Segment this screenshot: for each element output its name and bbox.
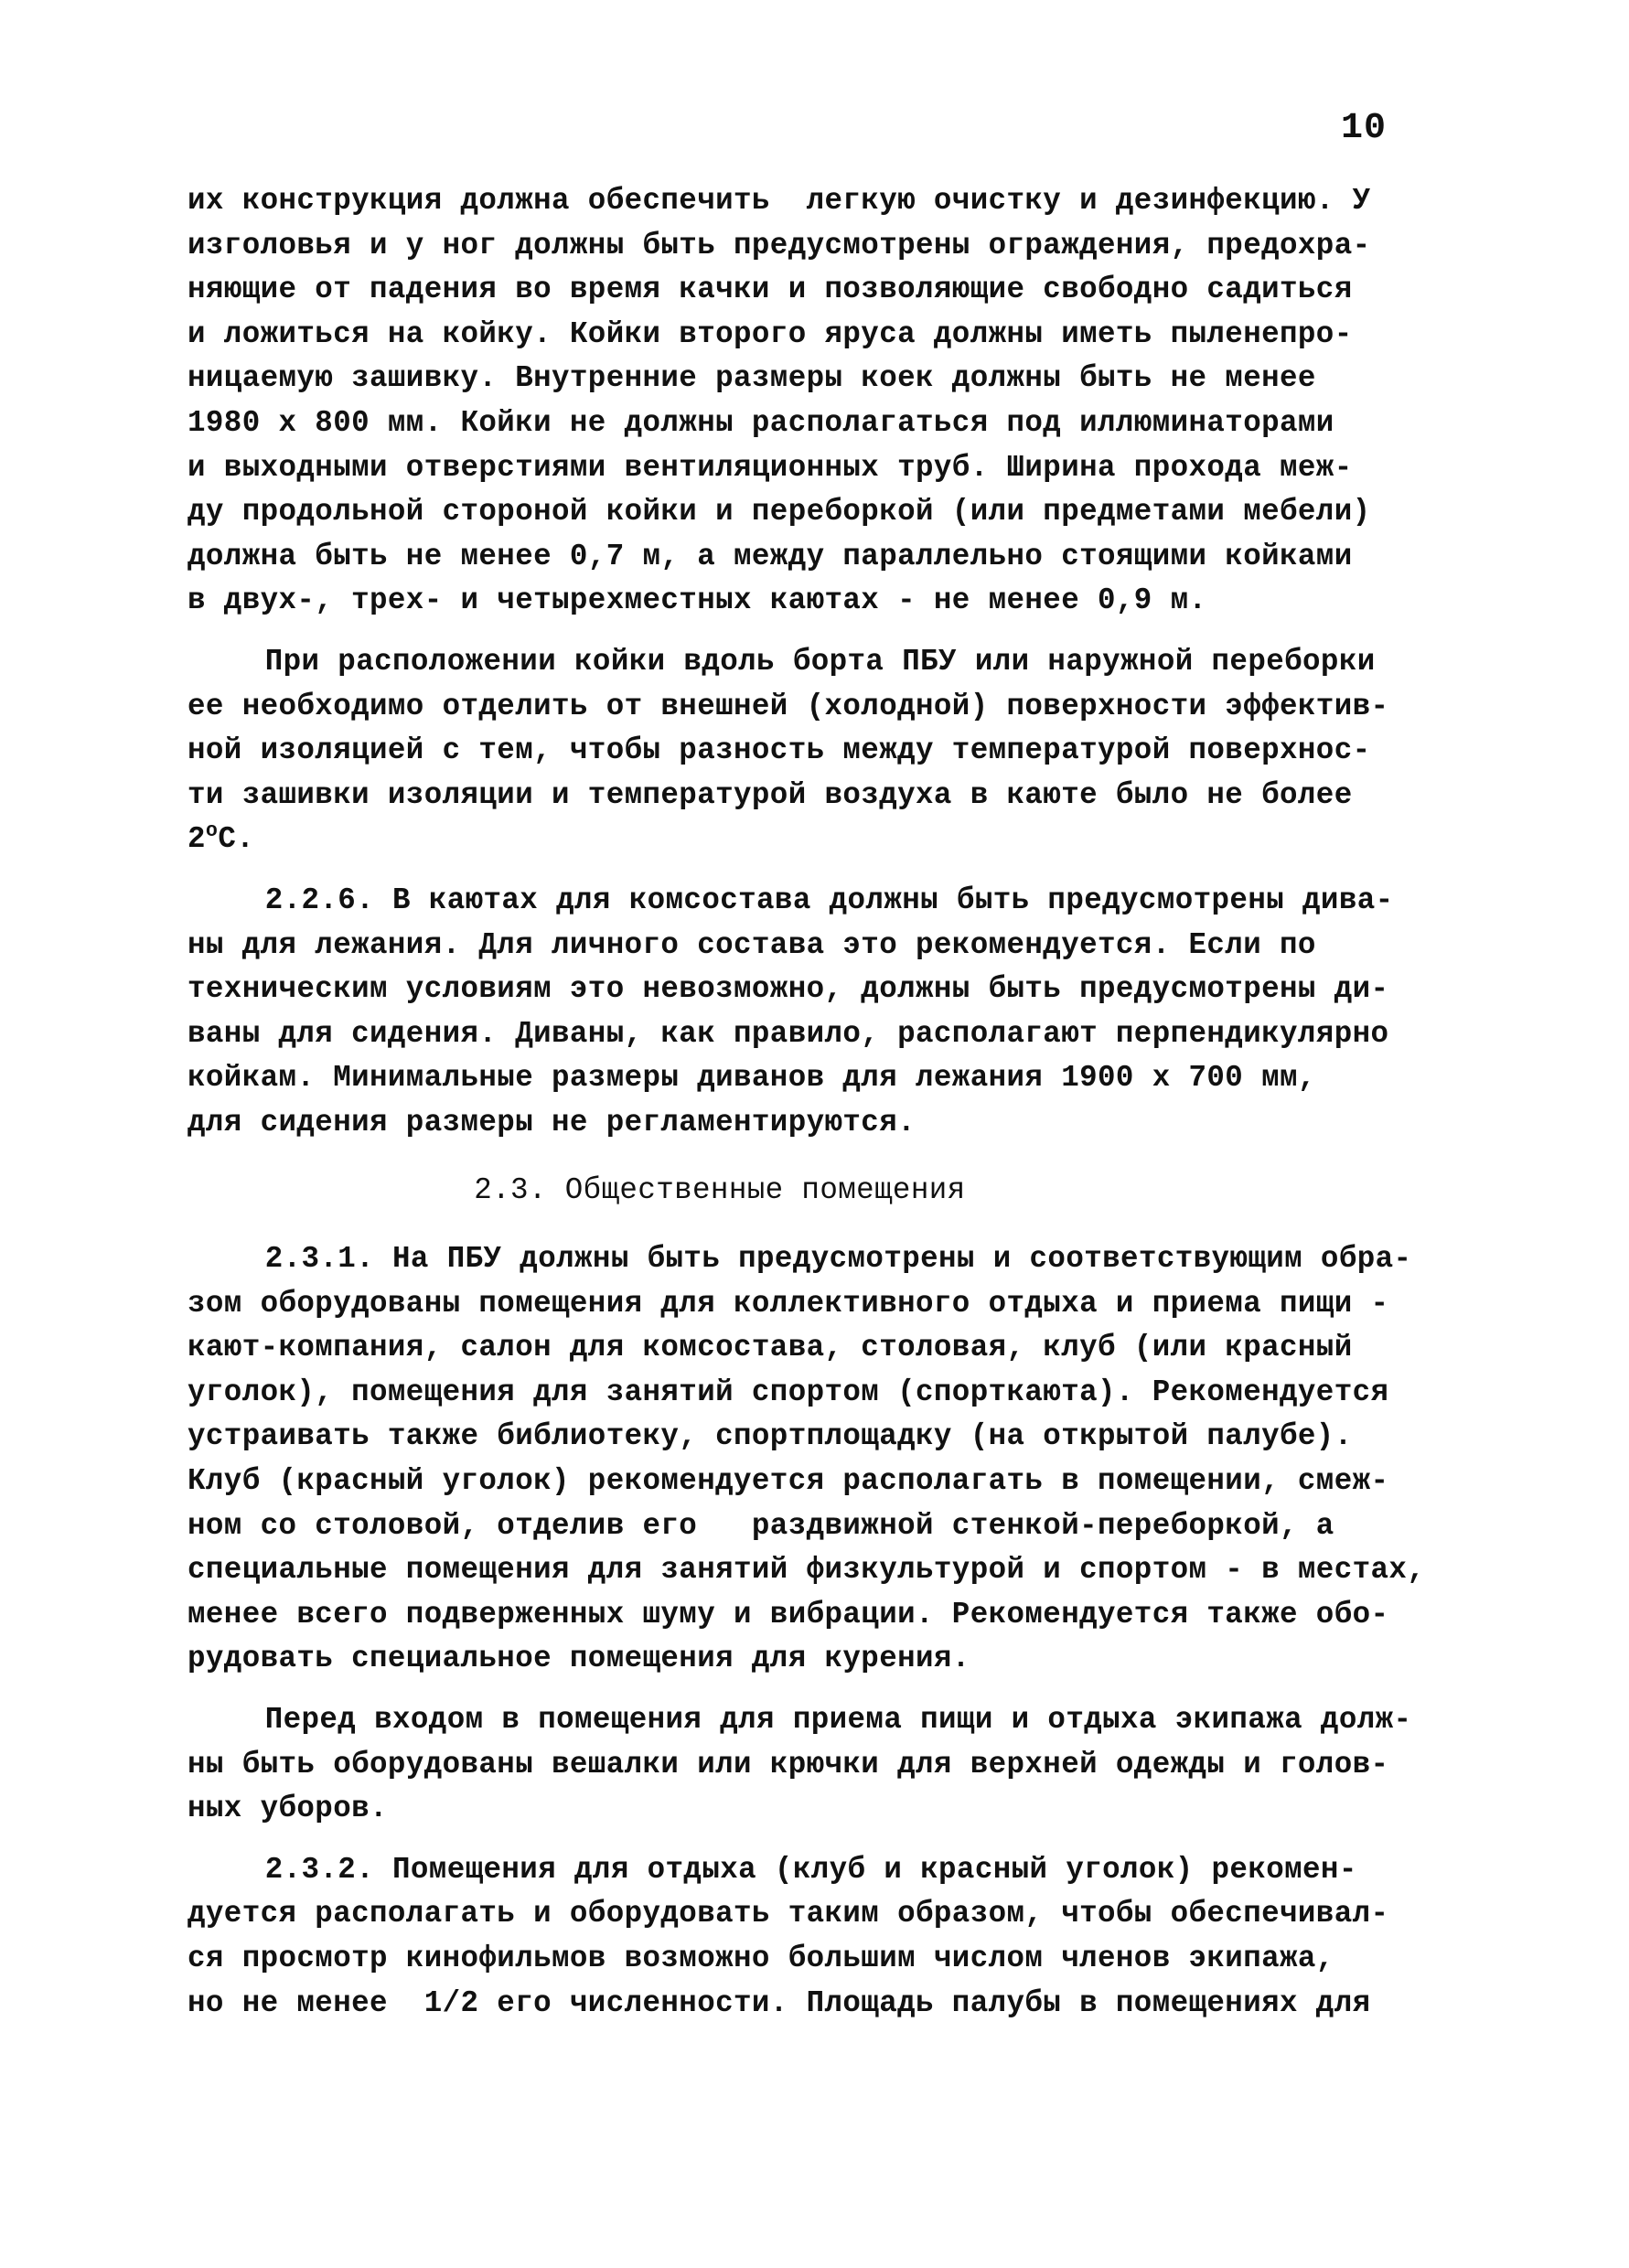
text-line: дуется располагать и оборудовать таким о… [188,1892,1467,1937]
text-line: для сидения размеры не регламентируются. [188,1101,1467,1146]
paragraph-2-3-1: 2.3.1. На ПБУ должны быть предусмотрены … [188,1237,1486,1682]
paragraph-gap [188,1832,1486,1848]
paragraph-2-3-2: 2.3.2. Помещения для отдыха (клуб и крас… [188,1848,1486,2026]
text-line: ду продольной стороной койки и переборко… [188,490,1467,535]
text-line: 2oС. [188,818,1467,862]
text-line: ны быть оборудованы вешалки или крючки д… [188,1743,1467,1788]
text-line: 2.2.6. В каютах для комсостава должны бы… [188,879,1467,924]
text-line: ее необходимо отделить от внешней (холод… [188,685,1467,730]
text-line: При расположении койки вдоль борта ПБУ и… [188,640,1467,685]
temperature-value: 2 [188,822,206,856]
text-line: изголовья и у ног должны быть предусмотр… [188,224,1467,269]
text-line: специальные помещения для занятий физкул… [188,1548,1467,1593]
text-line: но не менее 1/2 его численности. Площадь… [188,1982,1467,2027]
section-gap [188,1214,1486,1237]
text-line: 2.3.2. Помещения для отдыха (клуб и крас… [188,1848,1467,1893]
text-line: уголок), помещения для занятий спортом (… [188,1371,1467,1416]
text-line: менее всего подверженных шуму и вибрации… [188,1593,1467,1638]
text-line: ном со столовой, отделив его раздвижной … [188,1504,1467,1549]
text-line: должна быть не менее 0,7 м, а между пара… [188,535,1467,580]
paragraph-2-2-6: 2.2.6. В каютах для комсостава должны бы… [188,879,1486,1146]
paragraph-coat-hooks: Перед входом в помещения для приема пищи… [188,1698,1486,1832]
text-line: ваны для сидения. Диваны, как правило, р… [188,1012,1467,1057]
text-line: ницаемую зашивку. Внутренние размеры кое… [188,357,1467,401]
paragraph-berths-construction: их конструкция должна обеспечить легкую … [188,179,1486,624]
text-line: ся просмотр кинофильмов возможно большим… [188,1937,1467,1982]
text-line: Клуб (красный уголок) рекомендуется расп… [188,1460,1467,1504]
text-line: няющие от падения во время качки и позво… [188,268,1467,313]
text-line: их конструкция должна обеспечить легкую … [188,179,1467,224]
paragraph-gap [188,1682,1486,1698]
text-line: и ложиться на койку. Койки второго яруса… [188,313,1467,358]
text-line: в двух-, трех- и четырехместных каютах -… [188,579,1467,624]
section-gap [188,1145,1486,1169]
text-line: ны для лежания. Для личного состава это … [188,924,1467,968]
degree-mark: o [206,819,218,842]
text-line: рудовать специальное помещения для курен… [188,1637,1467,1682]
text-line: техническим условиям это невозможно, дол… [188,968,1467,1012]
section-heading: 2.3. Общественные помещения [188,1169,1467,1214]
text-line: и выходными отверстиями вентиляционных т… [188,446,1467,491]
text-line: койкам. Минимальные размеры диванов для … [188,1056,1467,1101]
temperature-unit: С. [218,822,254,856]
paragraph-gap [188,862,1486,879]
text-line: ной изоляцией с тем, чтобы разность межд… [188,729,1467,774]
text-line: зом оборудованы помещения для коллективн… [188,1282,1467,1327]
document-body: их конструкция должна обеспечить легкую … [188,179,1486,2026]
text-line: кают-компания, салон для комсостава, сто… [188,1326,1467,1371]
text-line: ных уборов. [188,1787,1467,1832]
text-line: 1980 х 800 мм. Койки не должны располага… [188,401,1467,446]
text-line: Перед входом в помещения для приема пищи… [188,1698,1467,1743]
page-number: 10 [1341,108,1387,149]
paragraph-berth-insulation: При расположении койки вдоль борта ПБУ и… [188,640,1486,862]
text-line: устраивать также библиотеку, спортплощад… [188,1415,1467,1460]
text-line: ти зашивки изоляции и температурой возду… [188,774,1467,818]
text-line: 2.3.1. На ПБУ должны быть предусмотрены … [188,1237,1467,1282]
paragraph-gap [188,624,1486,640]
